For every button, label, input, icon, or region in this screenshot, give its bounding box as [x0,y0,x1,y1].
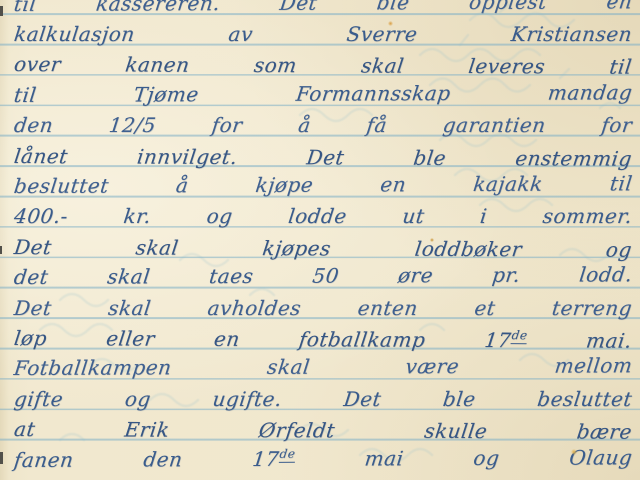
handwriting-line: kalkulasjonavSverreKristiansen [12,20,634,52]
paper-stain [571,449,577,455]
handwriting-line: fanenden17demaiogOlaug [12,443,634,478]
handwriting-line: tilkassereren.Detbleopplesten [12,0,634,22]
handwriting-line: 400.-kr.ogloddeutisommer. [12,202,634,234]
paper-stain [388,21,393,26]
handwritten-text-block: tilkassereren.Detbleopplestenkalkulasjon… [0,0,640,480]
paper-stain [430,238,434,242]
handwriting-line: gifteogugifte.Detblebesluttet [12,385,634,417]
handwriting-line: besluttetåkjøpeenkajakktil [12,169,634,204]
handwriting-line: tilTjømeFormannsskapmandag [12,78,634,113]
handwriting-line: den12/5foråfågarantienfor [12,111,634,143]
page-edge-mark-top [0,6,3,16]
handwriting-line: Detskalavholdesentenetterreng [12,294,634,326]
notebook-page: tilkassereren.Detbleopplestenkalkulasjon… [0,0,640,480]
page-edge-mark-bottom [0,452,3,464]
handwriting-line: detskaltaes50ørepr.lodd. [12,260,634,295]
page-edge-mark-mid [0,246,2,254]
handwriting-line: Fotballkampenskalværemellom [12,352,634,387]
